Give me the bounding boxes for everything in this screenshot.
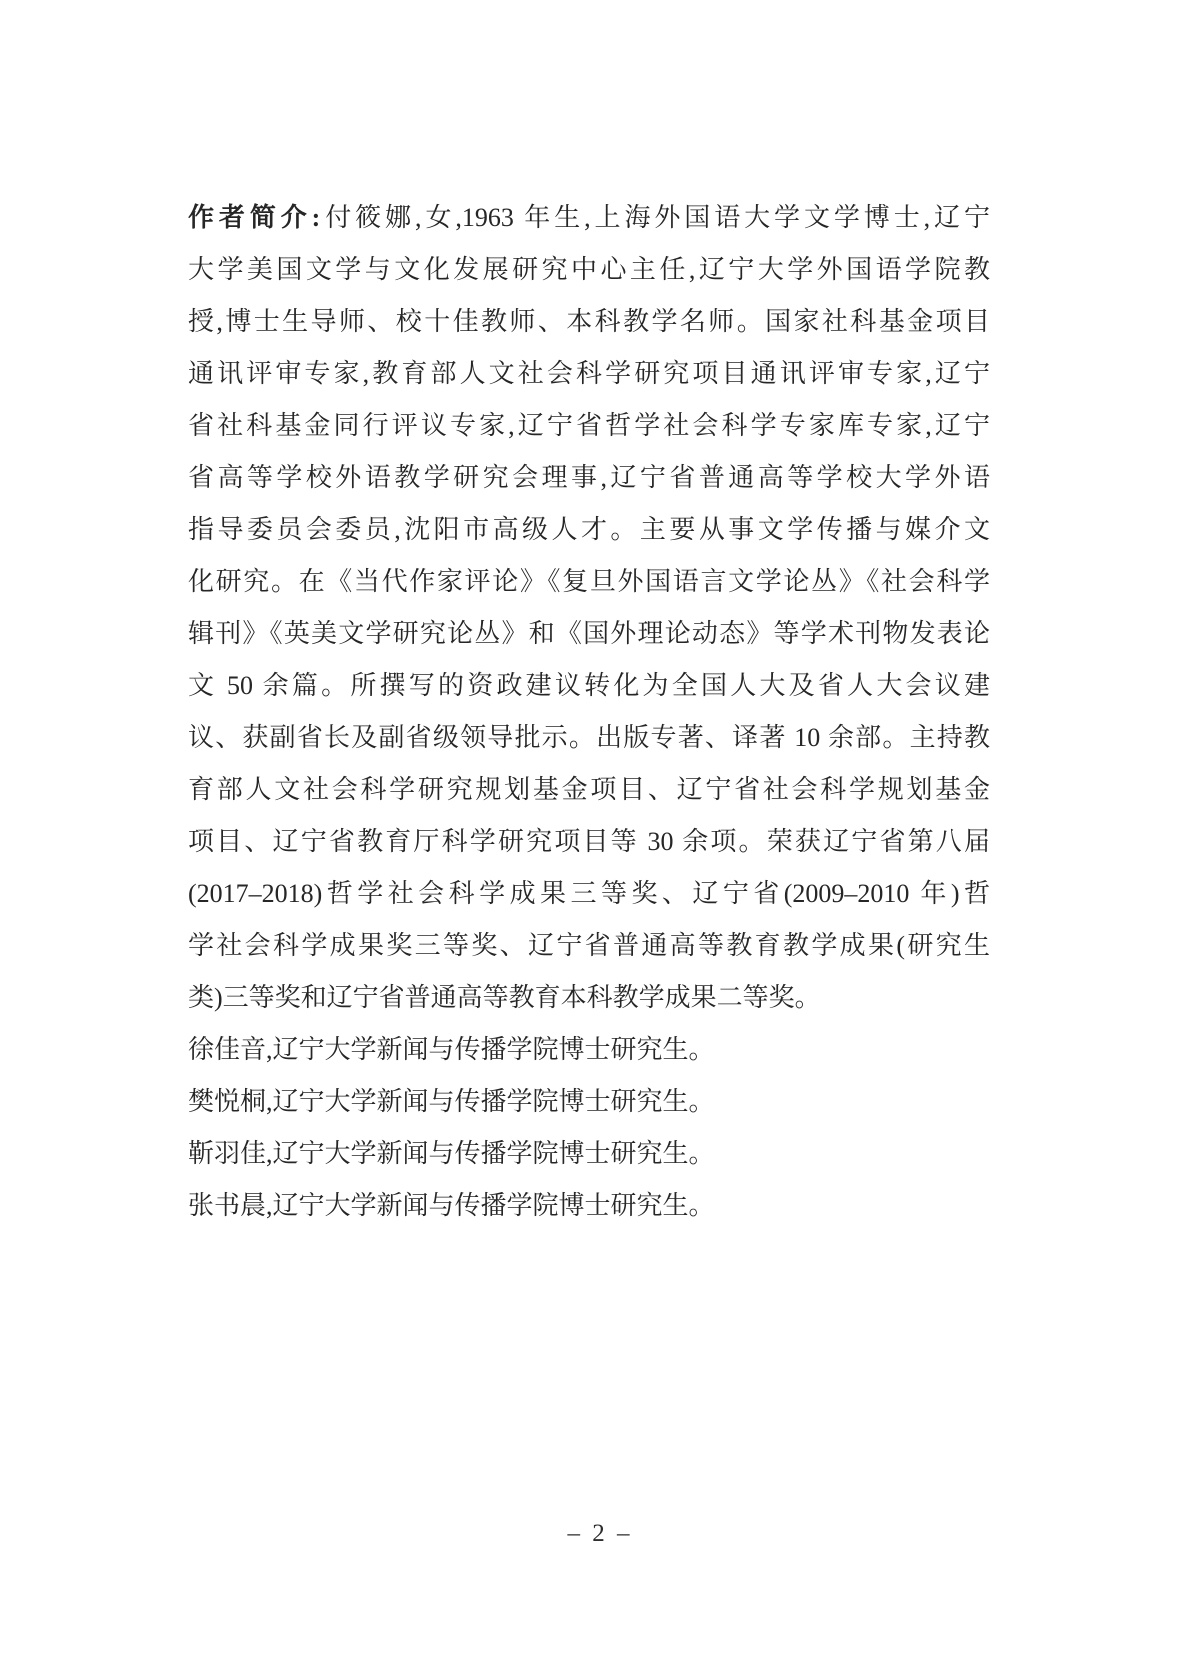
coauthor-line: 张书晨,辽宁大学新闻与传播学院博士研究生。: [188, 1180, 990, 1232]
bio-lead-label: 作者简介:: [188, 203, 321, 232]
bio-line: 作者简介:付筱娜,女,1963 年生,上海外国语大学文学博士,辽宁: [188, 192, 990, 244]
bio-line: 省高等学校外语教学研究会理事,辽宁省普通高等学校大学外语: [188, 452, 990, 504]
page-number: – 2 –: [0, 1514, 1200, 1554]
bio-line: 类)三等奖和辽宁省普通高等教育本科教学成果二等奖。: [188, 972, 990, 1024]
bio-line: 项目、辽宁省教育厅科学研究项目等 30 余项。荣获辽宁省第八届: [188, 816, 990, 868]
bio-line: 学社会科学成果奖三等奖、辽宁省普通高等教育教学成果(研究生: [188, 920, 990, 972]
bio-line: 化研究。在《当代作家评论》《复旦外国语言文学论丛》《社会科学: [188, 556, 990, 608]
bio-line: (2017–2018)哲学社会科学成果三等奖、辽宁省(2009–2010 年)哲: [188, 868, 990, 920]
coauthor-line: 徐佳音,辽宁大学新闻与传播学院博士研究生。: [188, 1024, 990, 1076]
document-page: 作者简介:付筱娜,女,1963 年生,上海外国语大学文学博士,辽宁大学美国文学与…: [0, 0, 1200, 1679]
bio-line: 议、获副省长及副省级领导批示。出版专著、译著 10 余部。主持教: [188, 712, 990, 764]
coauthor-line: 樊悦桐,辽宁大学新闻与传播学院博士研究生。: [188, 1076, 990, 1128]
bio-line: 指导委员会委员,沈阳市高级人才。主要从事文学传播与媒介文: [188, 504, 990, 556]
coauthor-line: 靳羽佳,辽宁大学新闻与传播学院博士研究生。: [188, 1128, 990, 1180]
bio-line: 辑刊》《英美文学研究论丛》和《国外理论动态》等学术刊物发表论: [188, 608, 990, 660]
bio-line: 大学美国文学与文化发展研究中心主任,辽宁大学外国语学院教: [188, 244, 990, 296]
bio-line: 通讯评审专家,教育部人文社会科学研究项目通讯评审专家,辽宁: [188, 348, 990, 400]
bio-line: 育部人文社会科学研究规划基金项目、辽宁省社会科学规划基金: [188, 764, 990, 816]
bio-line: 文 50 余篇。所撰写的资政建议转化为全国人大及省人大会议建: [188, 660, 990, 712]
bio-line: 授,博士生导师、校十佳教师、本科教学名师。国家社科基金项目: [188, 296, 990, 348]
author-bio-section: 作者简介:付筱娜,女,1963 年生,上海外国语大学文学博士,辽宁大学美国文学与…: [188, 192, 990, 1232]
bio-line: 省社科基金同行评议专家,辽宁省哲学社会科学专家库专家,辽宁: [188, 400, 990, 452]
